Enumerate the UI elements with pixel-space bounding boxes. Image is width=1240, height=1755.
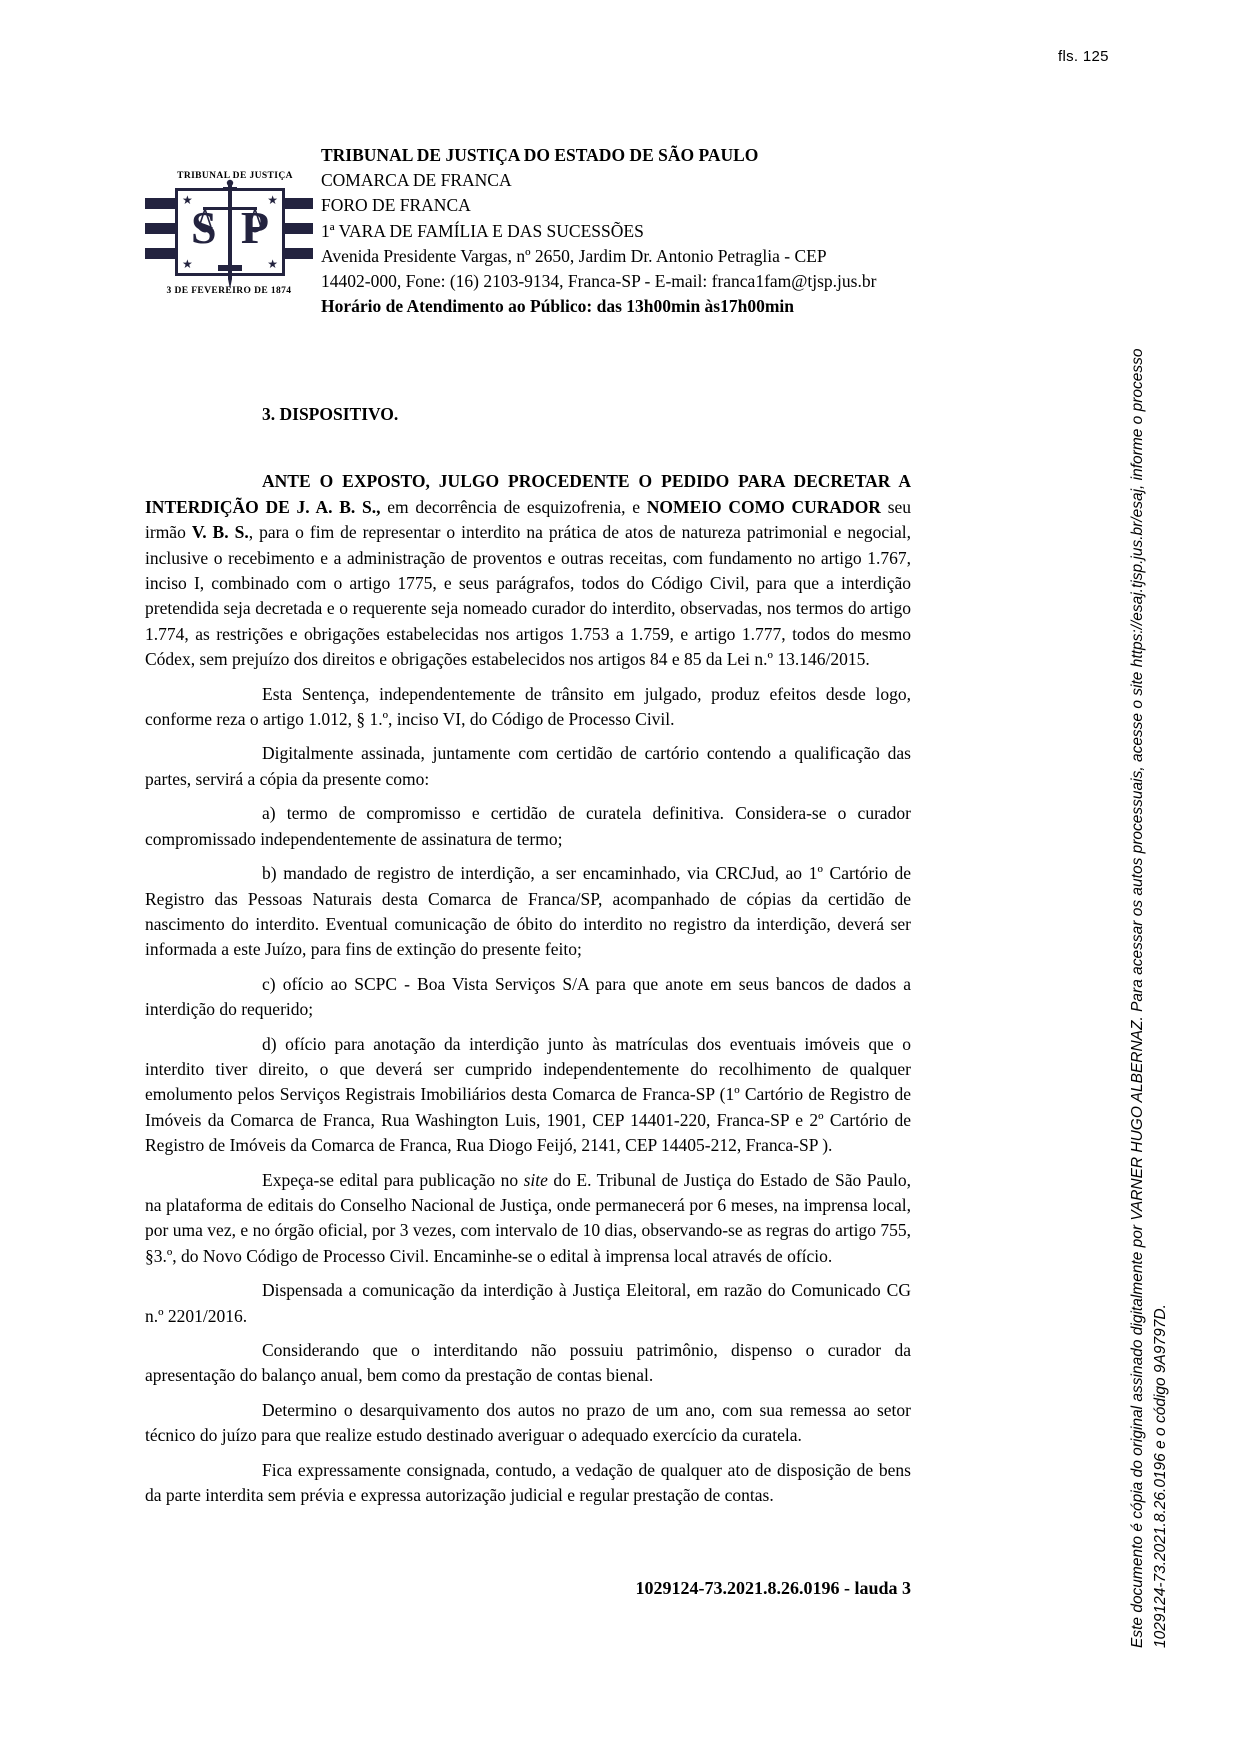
logo-shield: ★ ★ ★ ★ S P [175,188,285,276]
folio-number: fls. 125 [1058,48,1109,65]
paragraph-text: a) termo de compromisso e certidão de cu… [145,803,911,848]
paragraph-text: Esta Sentença, independentemente de trân… [145,684,911,729]
paragraph: Determino o desarquivamento dos autos no… [145,1398,911,1449]
court-title: TRIBUNAL DE JUSTIÇA DO ESTADO DE SÃO PAU… [321,143,931,168]
document-body: 3. DISPOSITIVO. ANTE O EXPOSTO, JULGO PR… [145,402,911,1517]
signature-note-line-1: Este documento é cópia do original assin… [1126,226,1149,1648]
paragraph-item-d: d) ofício para anotação da interdição ju… [145,1032,911,1159]
paragraph: Digitalmente assinada, juntamente com ce… [145,741,911,792]
paragraph-text: site [524,1170,548,1190]
digital-signature-note: Este documento é cópia do original assin… [1126,226,1172,1648]
paragraph: Dispensada a comunicação da interdição à… [145,1278,911,1329]
case-number-footer: 1029124-73.2021.8.26.0196 - lauda 3 [145,1578,911,1599]
paragraph: Considerando que o interditando não poss… [145,1338,911,1389]
comarca-line: COMARCA DE FRANCA [321,168,931,193]
paragraph-item-a: a) termo de compromisso e certidão de cu… [145,801,911,852]
paragraph-item-c: c) ofício ao SCPC - Boa Vista Serviços S… [145,972,911,1023]
letterhead: TRIBUNAL DE JUSTIÇA ★ ★ ★ ★ S P [145,143,931,319]
tjsp-coat-of-arms: TRIBUNAL DE JUSTIÇA ★ ★ ★ ★ S P [145,158,313,308]
paragraph-text: NOMEIO COMO CURADOR [647,497,881,517]
paragraph-item-b: b) mandado de registro de interdição, a … [145,861,911,963]
logo-emblem: ★ ★ ★ ★ S P [145,188,313,274]
scales-of-justice-icon [195,177,265,297]
star-icon: ★ [267,258,278,270]
paragraph-text: , para o fim de representar o interdito … [145,522,911,669]
paragraph-text: Fica expressamente consignada, contudo, … [145,1460,911,1505]
paragraph-text: Considerando que o interditando não poss… [145,1340,911,1385]
paragraph-dispositivo: ANTE O EXPOSTO, JULGO PROCEDENTE O PEDID… [145,469,911,672]
paragraph-edital: Expeça-se edital para publicação no site… [145,1168,911,1270]
section-heading: 3. DISPOSITIVO. [145,402,911,427]
paragraph-text: c) ofício ao SCPC - Boa Vista Serviços S… [145,974,911,1019]
foro-line: FORO DE FRANCA [321,193,931,218]
star-icon: ★ [182,258,193,270]
document-page: fls. 125 TRIBUNAL DE JUSTIÇA ★ ★ ★ ★ S P [0,0,1240,1755]
paragraph: Fica expressamente consignada, contudo, … [145,1458,911,1509]
paragraph-text: Dispensada a comunicação da interdição à… [145,1280,911,1325]
paragraph: Esta Sentença, independentemente de trân… [145,682,911,733]
paragraph-text: V. B. S. [192,522,249,542]
vara-line: 1ª VARA DE FAMÍLIA E DAS SUCESSÕES [321,219,931,244]
paragraph-text: Determino o desarquivamento dos autos no… [145,1400,911,1445]
paragraph-text: d) ofício para anotação da interdição ju… [145,1034,911,1156]
paragraph-text: b) mandado de registro de interdição, a … [145,863,911,959]
paragraph-text: Expeça-se edital para publicação no [262,1170,524,1190]
logo-founding-date-label: 3 DE FEVEREIRO DE 1874 [145,286,313,296]
service-hours-line: Horário de Atendimento ao Público: das 1… [321,294,931,319]
signature-note-line-2: 1029124-73.2021.8.26.0196 e o código 9A9… [1149,226,1172,1648]
address-line-2: 14402-000, Fone: (16) 2103-9134, Franca-… [321,269,931,294]
address-line-1: Avenida Presidente Vargas, nº 2650, Jard… [321,244,931,269]
paragraph-text: Digitalmente assinada, juntamente com ce… [145,743,911,788]
paragraph-text: em decorrência de esquizofrenia, e [380,497,646,517]
letterhead-text: TRIBUNAL DE JUSTIÇA DO ESTADO DE SÃO PAU… [321,143,931,319]
